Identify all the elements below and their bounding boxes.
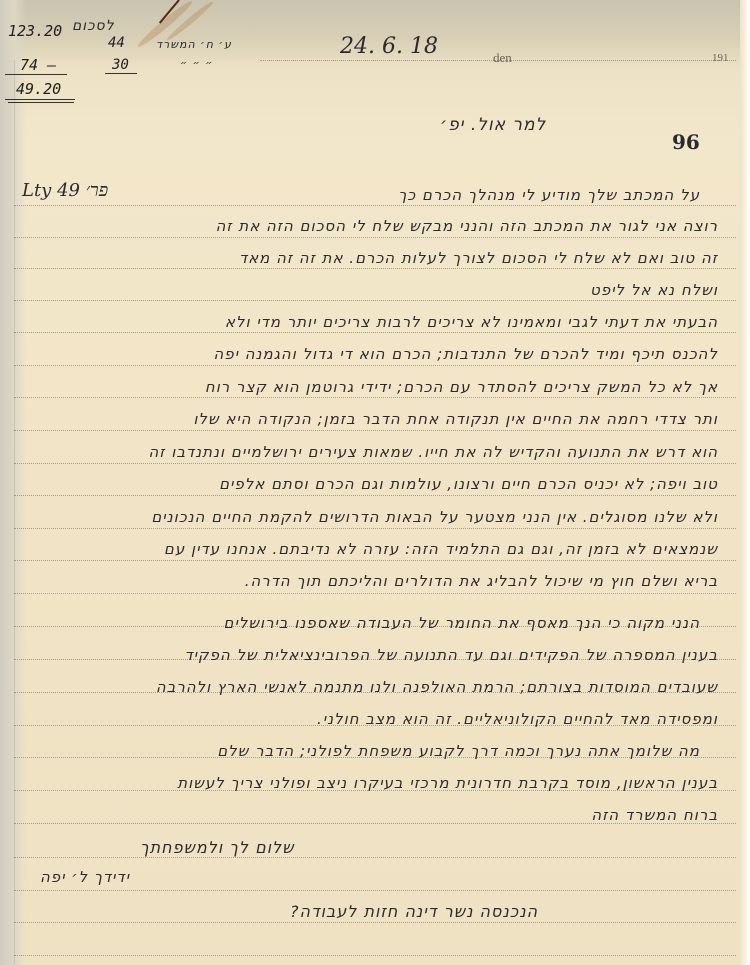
rule-line	[14, 857, 736, 858]
page-right-edge	[740, 0, 750, 965]
body-line: שעובדים המוסדות בצורתם; הרמת האולפנה ולנ…	[156, 678, 718, 696]
rule-line	[14, 560, 736, 561]
rule-line	[14, 205, 736, 206]
body-line: שנמצאים לא בזמן זה, וגם גם התלמיד הזה: ע…	[164, 540, 718, 558]
body-line: טוב ויפה; לא יכניס הכרם חיים ורצונו, עול…	[219, 475, 718, 493]
col2-value-1: 44	[108, 35, 125, 51]
rule-line	[14, 528, 736, 529]
letter-page: 123.20 לסכום 74 — 49.20 44 30 ע׳ ח׳ המשר…	[0, 0, 740, 965]
body-line: זה טוב ואם לא שלח לי הסכום לצורך לעלות ה…	[239, 249, 718, 267]
result-double-underline	[8, 102, 74, 103]
rule-line	[14, 890, 736, 891]
body-line: בריא ושלם חוץ מי שיכול להבליג את הדולרים…	[245, 572, 718, 590]
body-line: ברוח המשרד הזה	[591, 806, 718, 824]
printed-year-prefix: 191	[712, 52, 729, 64]
body-line: להכנס תיכף ומיד להכרם של התנדבות; הכרם ה…	[213, 345, 718, 363]
signature: ידידך ל׳ יפה	[40, 868, 130, 886]
body-line: הבעתי את דעתי לגבי ומאמינו לא צריכים לרב…	[225, 313, 718, 331]
body-line: רוצה אני לגור את המכתב הזה והנני מבקש של…	[216, 217, 718, 235]
body-line: ולא שלנו מסוגלים. אין הנני מצטער על הבאו…	[151, 508, 718, 526]
rule-line	[14, 495, 736, 496]
margin-label: לסכום	[72, 18, 115, 34]
body-line: הוא דרש את התנועה והקדיש לה את חייו. שמא…	[148, 443, 718, 461]
rule-line	[14, 430, 736, 431]
rule-line	[14, 922, 736, 923]
body-line: ושלח נא אל ליפט	[590, 281, 718, 299]
col2-value-2: 30	[112, 57, 129, 73]
salutation: למר אול. יפ׳	[440, 115, 546, 135]
body-line: בענין הראשון, מוסד בקרבת חדרונית מרכזי ב…	[177, 774, 718, 792]
rule-line	[14, 300, 736, 301]
body-line: על המכתב שלך מודיע לי מנהלך הכרם כך	[398, 186, 700, 204]
sum-underline	[5, 74, 67, 75]
rule-line	[14, 332, 736, 333]
body-line: בענין המספרה של הפקידים וגם עד התנועה של…	[184, 646, 718, 664]
rule-line	[14, 397, 736, 398]
postscript: הנכנסה נשר דינה חזות לעבודה?	[290, 902, 538, 921]
page-number: 96	[672, 130, 700, 154]
rule-line	[14, 365, 736, 366]
rule-line	[14, 593, 736, 594]
rule-line	[14, 237, 736, 238]
printed-den: den	[493, 50, 512, 66]
body-line: ותר צדדי רחמה את החיים אין תנקודה אחת הד…	[193, 410, 718, 428]
body-line: אך לא כל המשק צריכים להסתדר עם הכרם; ידי…	[205, 378, 718, 396]
closing-greeting: שלום לך ולמשפחתך	[140, 838, 294, 857]
col2-label-1: ע׳ ח׳ המשרד	[156, 38, 232, 51]
body-line: מה שלומך אתה נערך וכמה דרך לקבוע משפחת ל…	[217, 742, 700, 760]
rule-line	[14, 955, 736, 956]
handwritten-date: 24. 6. 18	[340, 34, 438, 59]
margin-amount-total: 123.20	[8, 22, 62, 40]
result-underline	[5, 99, 75, 100]
rule-line	[14, 463, 736, 464]
margin-rule	[14, 60, 15, 965]
margin-result-value: 49.20	[16, 80, 61, 98]
left-margin-note: Lty 49 פר׳	[22, 180, 108, 201]
col2-label-2: ״ ״ ״	[180, 58, 213, 71]
margin-minus-value: 74 —	[20, 56, 56, 74]
col2-underline	[105, 73, 137, 74]
body-line: הנני מקוה כי הנך מאסף את החומר של העבודה…	[224, 614, 700, 632]
rule-line	[14, 268, 736, 269]
body-line: ומפסידה מאד להחיים הקולוניאליים. זה הוא …	[317, 710, 718, 728]
